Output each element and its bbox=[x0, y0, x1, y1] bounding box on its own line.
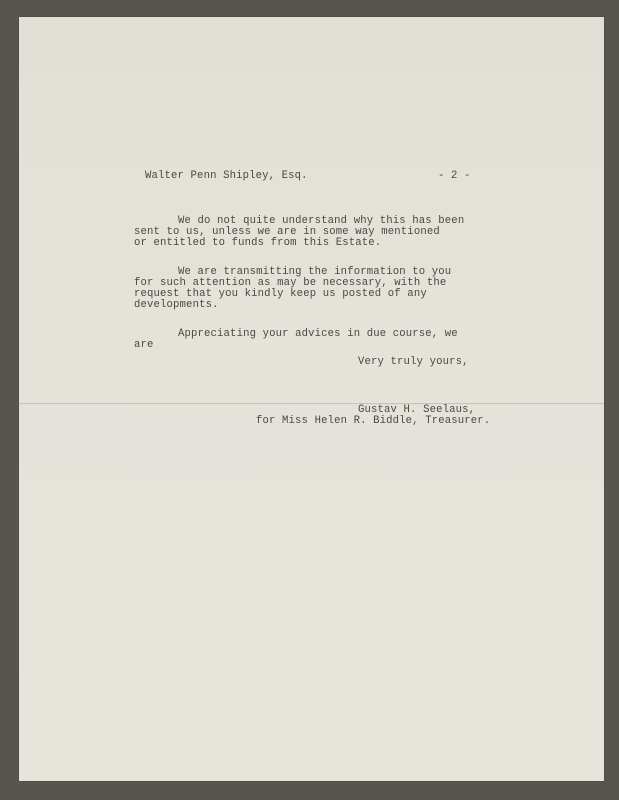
paragraph-3-line-2: are bbox=[134, 339, 154, 352]
letter-page: Walter Penn Shipley, Esq. - 2 - We do no… bbox=[19, 17, 604, 781]
closing: Very truly yours, bbox=[358, 356, 469, 369]
paragraph-2-line-4: developments. bbox=[134, 299, 219, 312]
paper-fold-line bbox=[19, 403, 604, 405]
page-number: - 2 - bbox=[438, 170, 471, 183]
paragraph-3-line-1: Appreciating your advices in due course,… bbox=[178, 328, 458, 341]
paragraph-1-line-3: or entitled to funds from this Estate. bbox=[134, 237, 381, 250]
addressee: Walter Penn Shipley, Esq. bbox=[145, 170, 308, 183]
signature-title: for Miss Helen R. Biddle, Treasurer. bbox=[256, 415, 490, 428]
